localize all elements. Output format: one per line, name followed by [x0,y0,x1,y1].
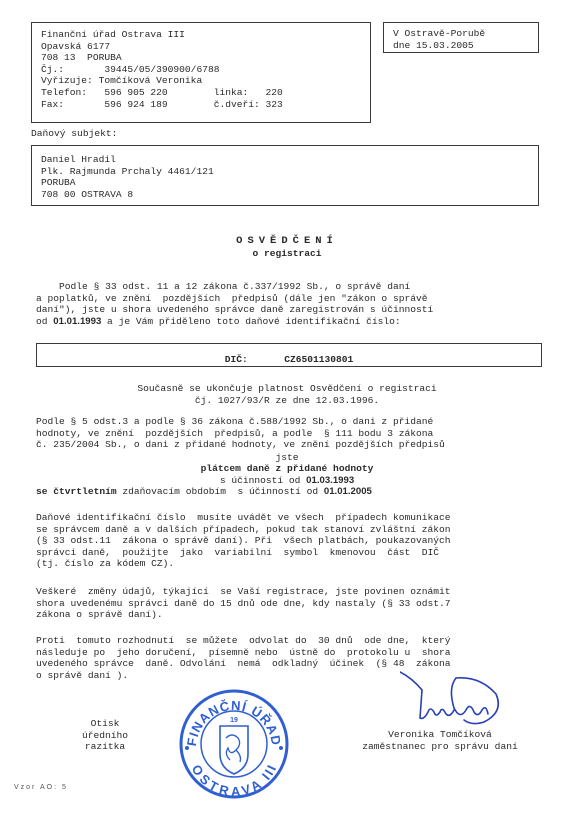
stamp-label-line: úředního [70,730,140,742]
phone-line: Telefon: 596 905 220 linka: 220 [41,87,370,99]
paragraph-line: (tj. číslo za kódem CZ). [36,558,556,570]
document-title: OSVĚDČENÍ [0,236,574,248]
subject-line: 708 00 OSTRAVA 8 [41,189,538,201]
vat-line: č. 235/2004 Sb., o dani z přidané hodnot… [36,439,556,451]
official-stamp: 19 FINANČNÍ ÚŘAD OSTRAVA III [178,688,290,805]
intro-paragraph: Podle § 33 odst. 11 a 12 zákona č.337/19… [36,281,556,327]
subject-line: PORUBA [41,177,538,189]
handwritten-signature-icon [400,668,510,728]
paragraph-line: správci daně, použijte jako variabilní s… [36,547,556,559]
intro-line: od 01.01.1993 a je Vám přiděleno toto da… [36,316,556,328]
tax-id-box: DIČ: CZ6501130801 [36,343,542,367]
paragraph-line: se správcem daně a v dalších případech, … [36,524,556,536]
stamp-seal-icon: 19 FINANČNÍ ÚŘAD OSTRAVA III [178,688,290,800]
sender-line: Finanční úřad Ostrava III [41,29,370,41]
changes-paragraph: Veškeré změny údajů, týkající se Vaší re… [36,586,556,621]
signatory-name: Veronika Tomčíková [340,729,540,741]
signature [400,668,510,733]
issue-date: dne 15.03.2005 [393,40,538,52]
vat-effective: s účinností od 01.03.1993 [0,475,574,487]
paragraph-line: Daňové identifikační číslo musíte uvádět… [36,512,556,524]
dic-usage-paragraph: Daňové identifikační číslo musíte uvádět… [36,512,556,570]
sender-line: Opavská 6177 [41,41,370,53]
paragraph-line: shora uvedenému správci daně do 15 dnů o… [36,598,556,610]
place: V Ostravě-Porubě [393,28,538,40]
document-subtitle: o registraci [0,248,574,260]
subject-label: Daňový subjekt: [31,128,117,140]
tax-id-label: DIČ: [225,354,248,365]
period-type: se čtvrtletním [36,486,117,497]
subject-line: Plk. Rajmunda Prchaly 4461/121 [41,166,538,178]
intro-line: a poplatků, ve znění pozdějších předpisů… [36,293,556,305]
place-date-box: V Ostravě-Porubě dne 15.03.2005 [383,22,539,53]
text: zdaňovacím obdobím s účinností od [117,486,324,497]
vat-payer-status: plátcem daně z přidané hodnoty [0,463,574,475]
signatory-role: zaměstnanec pro správu daní [340,741,540,753]
svg-text:19: 19 [230,717,238,724]
tax-id-value: CZ6501130801 [284,354,353,365]
subject-address-box: Daniel Hradil Plk. Rajmunda Prchaly 4461… [31,145,539,206]
reference-number: Čj.: 39445/05/390900/6788 [41,64,370,76]
subject-line: Daniel Hradil [41,154,538,166]
paragraph-line: (§ 33 odst.11 zákona o správě daní). Při… [36,535,556,547]
stamp-label-line: Otisk [70,718,140,730]
vat-line: hodnoty, ve znění pozdějších předpisů, a… [36,428,556,440]
sender-address-box: Finanční úřad Ostrava III Opavská 6177 7… [31,22,371,123]
handled-by: Vyřizuje: Tomčíková Veronika [41,75,370,87]
vat-line: Podle § 5 odst.3 a podle § 36 zákona č.5… [36,416,556,428]
text: od [36,316,53,327]
form-code: Vzor AO: 5 [14,784,68,791]
fax-line: Fax: 596 924 189 č.dveří: 323 [41,99,370,111]
stamp-label: Otisk úředního razítka [70,718,140,753]
text: s účinností od [220,475,306,486]
termination-line: čj. 1027/93/R ze dne 12.03.1996. [0,395,574,407]
text: a je Vám přiděleno toto daňové identifik… [101,316,400,327]
paragraph-line: Veškeré změny údajů, týkající se Vaší re… [36,586,556,598]
paragraph-line: zákona o správě daní). [36,609,556,621]
vat-paragraph: Podle § 5 odst.3 a podle § 36 zákona č.5… [36,416,556,451]
registration-date: 01.01.1993 [53,316,101,327]
tax-period: se čtvrtletním zdaňovacím obdobím s účin… [36,486,556,498]
paragraph-line: Proti tomuto rozhodnutí se můžete odvola… [36,635,556,647]
intro-line: Podle § 33 odst. 11 a 12 zákona č.337/19… [36,281,556,293]
signatory: Veronika Tomčíková zaměstnanec pro správ… [340,729,540,752]
period-date: 01.01.2005 [324,486,372,497]
jste: jste [0,452,574,464]
stamp-label-line: razítka [70,741,140,753]
termination-line: Současně se ukončuje platnost Osvědčení … [0,383,574,395]
sender-line: 708 13 PORUBA [41,52,370,64]
intro-line: daní"), jste u shora uvedeného správce d… [36,304,556,316]
paragraph-line: následuje po jeho doručení, písemně nebo… [36,647,556,659]
vat-effective-date: 01.03.1993 [306,475,354,486]
svg-text:OSTRAVA III: OSTRAVA III [189,762,280,799]
